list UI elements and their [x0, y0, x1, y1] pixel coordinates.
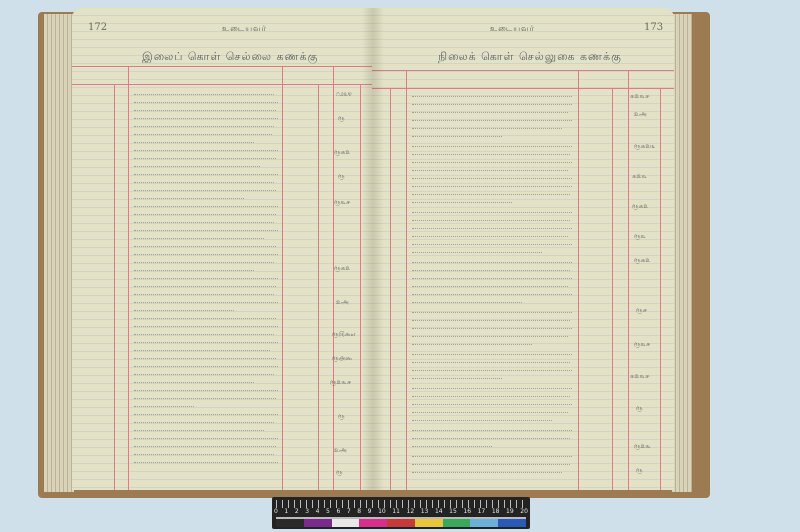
amount-entry: ரூ [338, 412, 345, 421]
column-rule [128, 66, 129, 490]
amount-entry: ரூ [338, 172, 345, 181]
scale-ruler: 01234567891011121314151617181920 [272, 497, 530, 529]
column-rule [628, 70, 629, 490]
column-rule [282, 66, 283, 490]
left-page: 172 உடையவர் இலைப் கொள் செல்லை கணக்கு [72, 8, 372, 490]
book-gutter [362, 8, 384, 490]
amount-entry: ரூ௧௨ [632, 202, 648, 211]
amount-entry: ரூ௧௨ [634, 256, 650, 265]
header-rule-bottom [72, 84, 372, 85]
amount-entry: ரூ [338, 114, 345, 123]
color-calibration-strip [276, 519, 526, 527]
amount-entry: ௧௨௩௪ [630, 372, 650, 381]
amount-entry: ௧௨௩ [632, 172, 647, 181]
column-rule [612, 88, 613, 490]
left-page-title: இலைப் கொள் செல்லை கணக்கு [142, 50, 318, 65]
amount-entry: ரூ௨௩ [634, 442, 651, 451]
amount-entry: ரூ௨௩௪ [330, 378, 351, 387]
swatch-white [332, 519, 360, 527]
amount-entry: ரூ௩௪ [634, 340, 650, 349]
amount-entry: ரூ௮௯ [332, 354, 352, 363]
swatch-light-blue [470, 519, 498, 527]
swatch-magenta [359, 519, 387, 527]
page-stack-right [672, 14, 692, 492]
right-page-title: நிலைக் கொள் செல்லுகை கணக்கு [438, 50, 622, 65]
column-rule [333, 66, 334, 490]
swatch-green [443, 519, 471, 527]
swatch-yellow [415, 519, 443, 527]
right-running-head: உடையவர் [490, 24, 535, 34]
amount-entry: ரூ [636, 404, 643, 413]
ruler-ticks [276, 500, 526, 508]
column-rule [318, 84, 319, 490]
column-rule [360, 84, 361, 490]
swatch-black [276, 519, 304, 527]
header-rule-top [72, 66, 372, 67]
column-rule [390, 88, 391, 490]
swatch-red [387, 519, 415, 527]
right-page-number: 173 [644, 22, 663, 33]
amount-entry: ரூ௧௨௩ [634, 142, 656, 151]
amount-entry: ரூ௧௨ [334, 148, 350, 157]
amount-entry: ரூ [336, 468, 343, 477]
page-stack-left [44, 14, 74, 492]
amount-entry: ௧௨௩௪ [630, 92, 650, 101]
amount-entry: ௨அ [634, 110, 647, 119]
amount-entry: ೧೨೩೪ [336, 90, 352, 99]
amount-entry: ௨அ [334, 446, 347, 455]
column-rule [578, 70, 579, 490]
column-rule [406, 70, 407, 490]
right-page: 173 உடையவர் நிலைக் கொள் செல்லுகை கணக்கு [372, 8, 674, 490]
column-rule [660, 88, 661, 490]
left-running-head: உடையவர் [222, 24, 267, 34]
swatch-blue [498, 519, 526, 527]
swatch-purple [304, 519, 332, 527]
amount-entry: ரூ௧௨ [334, 264, 350, 273]
amount-entry: ரூ௫௬௭ [332, 330, 356, 339]
left-page-number: 172 [88, 22, 107, 33]
amount-entry: ரூ௩௪ [334, 198, 350, 207]
column-rule [114, 84, 115, 490]
amount-entry: ரூ [636, 466, 643, 475]
amount-entry: ரூ௩ [634, 232, 646, 241]
amount-entry: ௨அ [336, 298, 349, 307]
amount-entry: ரூ௪ [636, 306, 647, 315]
